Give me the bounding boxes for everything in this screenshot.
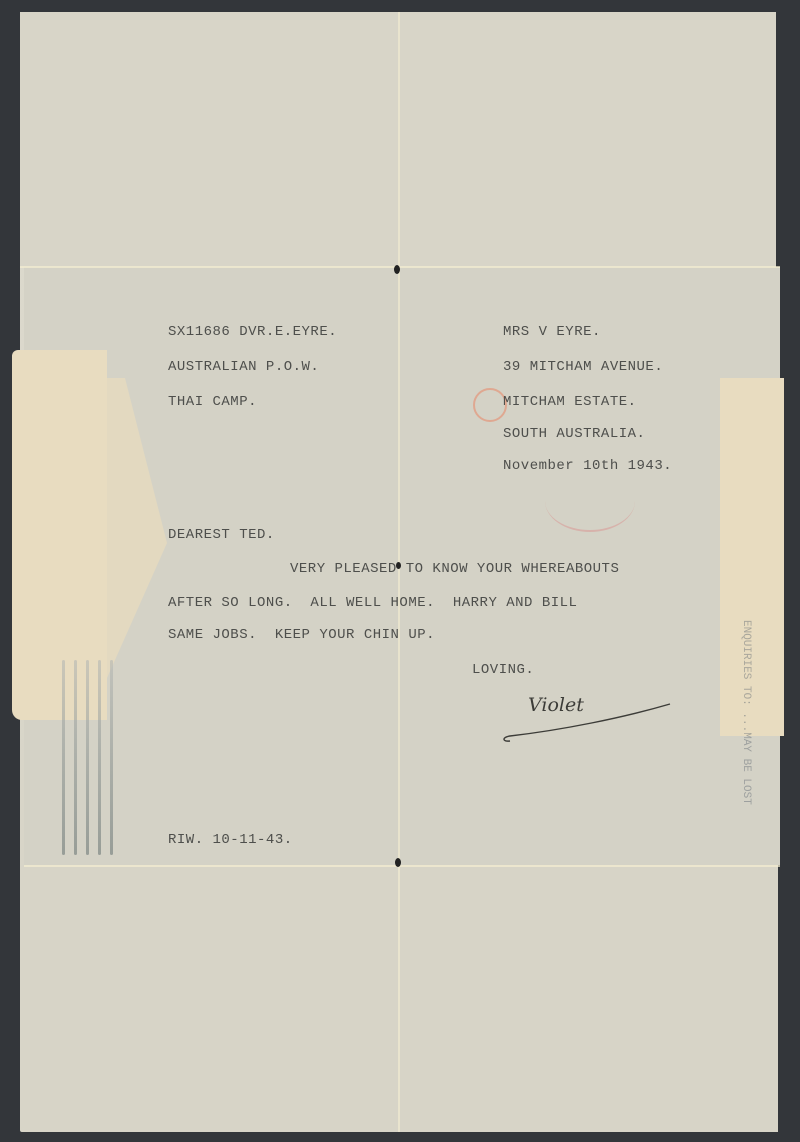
salutation: DEAREST TED. <box>168 527 275 543</box>
postmark-cancellation-icon <box>58 660 118 855</box>
pin-hole-top <box>394 265 400 274</box>
fold-line-top <box>20 266 780 268</box>
recipient-line-4: SOUTH AUSTRALIA. <box>503 426 645 442</box>
censor-stamp-icon <box>473 388 507 422</box>
tape-strip-right <box>720 378 784 736</box>
sender-line-3: THAI CAMP. <box>168 394 257 410</box>
fold-line-bottom <box>24 865 780 867</box>
sender-line-2: AUSTRALIAN P.O.W. <box>168 359 319 375</box>
body-line-2: AFTER SO LONG. ALL WELL HOME. HARRY AND … <box>168 595 577 611</box>
letter-date: November 10th 1943. <box>503 458 672 474</box>
bleed-through-text: ENQUIRIES TO: ...MAY BE LOST <box>740 620 752 805</box>
recipient-line-3: MITCHAM ESTATE. <box>503 394 637 410</box>
reference-stamp: RIW. 10-11-43. <box>168 832 293 848</box>
recipient-line-1: MRS V EYRE. <box>503 324 601 340</box>
recipient-line-2: 39 MITCHAM AVENUE. <box>503 359 663 375</box>
body-line-3: SAME JOBS. KEEP YOUR CHIN UP. <box>168 627 435 643</box>
sender-line-1: SX11686 DVR.E.EYRE. <box>168 324 337 340</box>
paper-panel-bottom <box>30 865 778 1132</box>
closing: LOVING. <box>472 662 534 678</box>
faint-red-stamp-icon <box>545 470 635 532</box>
body-line-1: VERY PLEASED TO KNOW YOUR WHEREABOUTS <box>290 561 619 577</box>
signature-underline-icon <box>502 700 672 744</box>
pin-hole-bottom <box>395 858 401 867</box>
